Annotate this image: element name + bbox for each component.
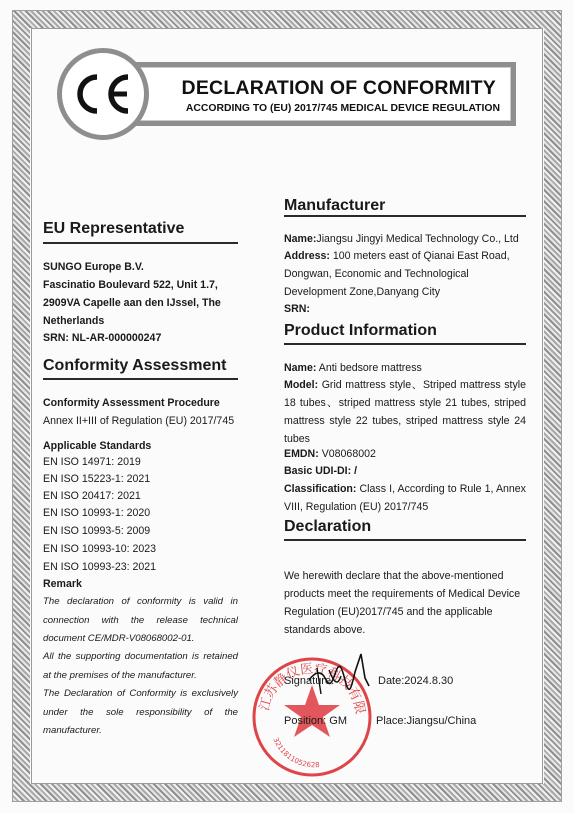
standard-item: EN ISO 10993-5: 2009	[43, 523, 150, 540]
document-title: DECLARATION OF CONFORMITY	[176, 77, 496, 100]
eu-representative-heading: EU Representative	[43, 220, 184, 238]
eu-rep-line: 2909VA Capelle aan den IJssel, The	[43, 295, 221, 312]
procedure-label: Conformity Assessment Procedure	[43, 395, 220, 412]
section-divider	[43, 242, 238, 244]
product-name-label: Name:	[284, 362, 316, 374]
remark-label: Remark	[43, 576, 82, 593]
eu-rep-line: Netherlands	[43, 313, 104, 330]
ce-logo	[57, 48, 149, 140]
procedure-value: Annex II+III of Regulation (EU) 2017/745	[43, 413, 234, 430]
product-model-label: Model:	[284, 379, 318, 391]
eu-rep-line: Fascinatio Boulevard 522, Unit 1.7,	[43, 277, 218, 294]
date-value: 2024.8.30	[404, 675, 453, 687]
declaration-heading: Declaration	[284, 518, 371, 536]
standard-item: EN ISO 20417: 2021	[43, 488, 141, 505]
manufacturer-name: Name:Jiangsu Jingyi Medical Technology C…	[284, 231, 519, 248]
declaration-line: products meet the requirements of Medica…	[284, 586, 520, 603]
standard-item: EN ISO 10993-1: 2020	[43, 505, 150, 522]
emdn-label: EMDN:	[284, 448, 319, 460]
product-classification: Classification: Class I, According to Ru…	[284, 480, 526, 516]
place-label: Place:	[376, 715, 407, 727]
document-subtitle: ACCORDING TO (EU) 2017/745 MEDICAL DEVIC…	[170, 103, 500, 114]
standard-item: EN ISO 14971: 2019	[43, 454, 141, 471]
eu-rep-line: SUNGO Europe B.V.	[43, 259, 144, 276]
udi-label: Basic UDI-DI:	[284, 465, 351, 477]
udi-value: /	[354, 465, 357, 477]
conformity-assessment-heading: Conformity Assessment	[43, 357, 226, 375]
date-field: Date:2024.8.30	[378, 673, 453, 690]
standard-item: EN ISO 10993-23: 2021	[43, 559, 156, 576]
declaration-line: Regulation (EU)2017/745 and the applicab…	[284, 604, 493, 621]
position-field: Position: GM	[284, 713, 347, 730]
remark-text: The Declaration of Conformity is exclusi…	[43, 685, 238, 741]
product-model-value: Grid mattress style、Striped mattress sty…	[284, 379, 526, 445]
emdn-value: V08068002	[322, 448, 376, 460]
manufacturer-name-value: Jiangsu Jingyi Medical Technology Co., L…	[316, 233, 518, 245]
product-udi: Basic UDI-DI: /	[284, 463, 357, 480]
manufacturer-srn-label: SRN:	[284, 301, 310, 318]
position-value: GM	[329, 715, 347, 727]
section-divider	[284, 215, 526, 217]
standard-item: EN ISO 10993-10: 2023	[43, 541, 156, 558]
product-name: Name: Anti bedsore mattress	[284, 360, 422, 377]
product-information-heading: Product Information	[284, 322, 437, 340]
signature-field: Signature:	[284, 673, 334, 690]
product-name-value: Anti bedsore mattress	[319, 362, 422, 374]
remark-text: The declaration of conformity is valid i…	[43, 593, 238, 649]
date-label: Date:	[378, 675, 404, 687]
eu-rep-srn: SRN: NL-AR-000000247	[43, 330, 161, 347]
standard-item: EN ISO 15223-1: 2021	[43, 471, 150, 488]
manufacturer-address-line: Development Zone,Danyang City	[284, 284, 440, 301]
product-model: Model: Grid mattress style、Striped mattr…	[284, 376, 526, 448]
place-value: Jiangsu/China	[407, 715, 477, 727]
ce-mark-icon	[73, 73, 133, 115]
position-label: Position:	[284, 715, 326, 727]
declaration-line: standards above.	[284, 622, 365, 639]
manufacturer-address-line: 100 meters east of Qianai East Road,	[333, 250, 510, 262]
remark-text: All the supporting documentation is reta…	[43, 648, 238, 685]
declaration-line: We herewith declare that the above-menti…	[284, 568, 503, 585]
place-field: Place:Jiangsu/China	[376, 713, 476, 730]
classification-label: Classification:	[284, 483, 356, 495]
manufacturer-address-label: Address:	[284, 250, 330, 262]
manufacturer-address: Address: 100 meters east of Qianai East …	[284, 248, 510, 265]
manufacturer-heading: Manufacturer	[284, 197, 385, 215]
section-divider	[284, 539, 526, 541]
product-emdn: EMDN: V08068002	[284, 446, 376, 463]
section-divider	[284, 343, 526, 345]
section-divider	[43, 378, 238, 380]
manufacturer-name-label: Name:	[284, 233, 316, 245]
signature-label: Signature:	[284, 675, 334, 687]
manufacturer-address-line: Dongwan, Economic and Technological	[284, 266, 469, 283]
standards-label: Applicable Standards	[43, 438, 151, 455]
